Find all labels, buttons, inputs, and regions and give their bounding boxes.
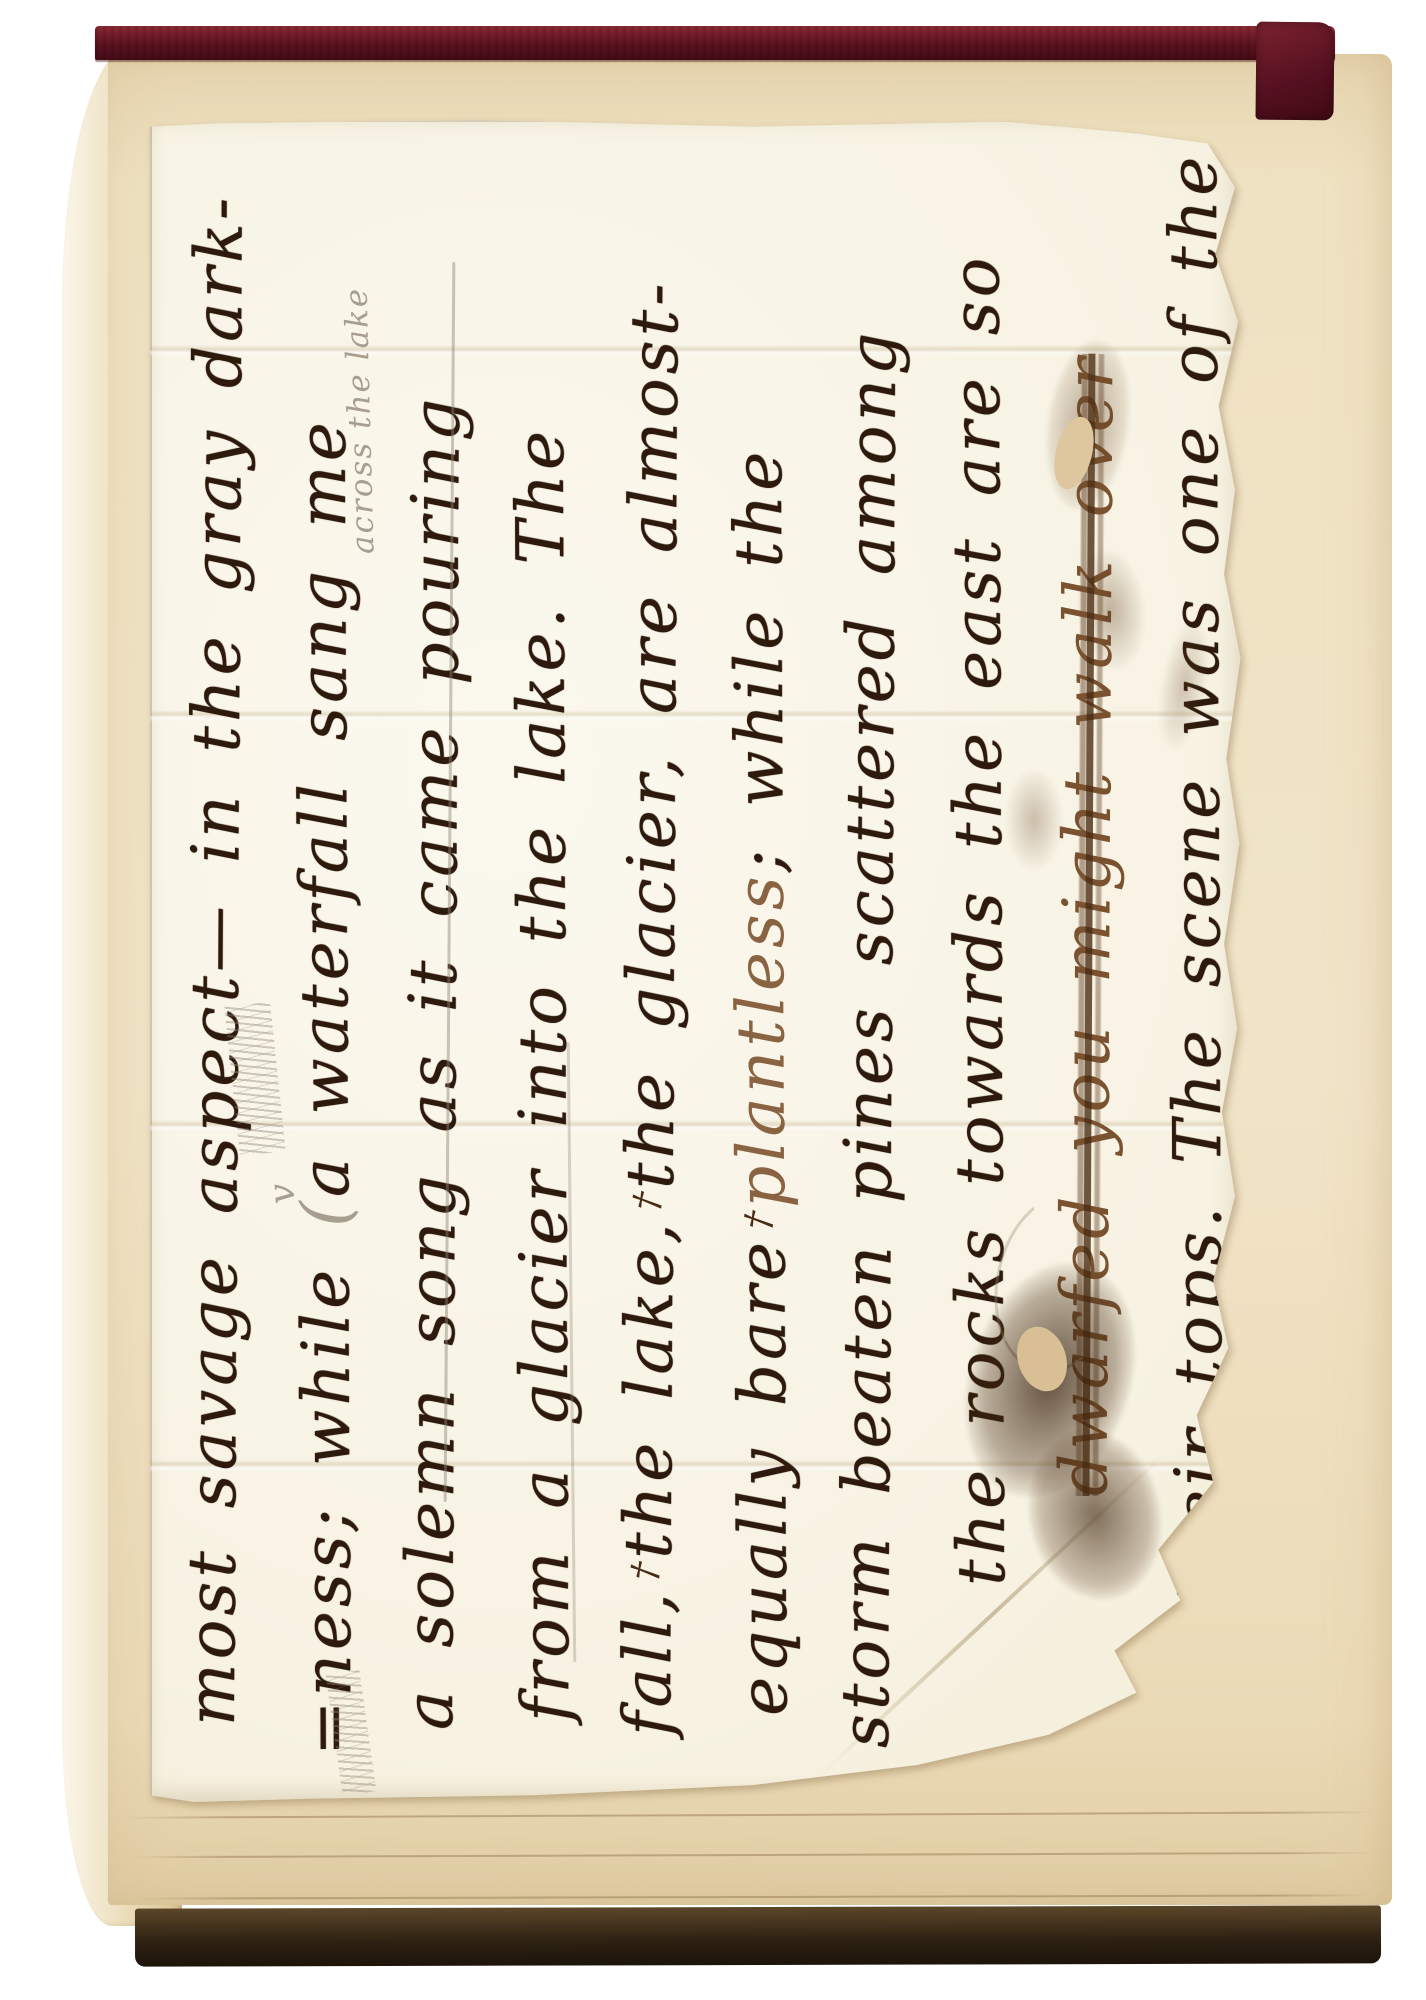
manuscript-text-segment: equally bare	[723, 1238, 802, 1716]
manuscript-line: the rocks towards the east are so	[920, 148, 1035, 1586]
manuscript-line: their tops. The scene was one of the the	[1138, 148, 1253, 1606]
photograph: most savage aspect— in the gray dark- =n…	[0, 0, 1426, 2000]
manuscript-text-segment: =ness; while	[287, 1227, 366, 1756]
manuscript-text-segment: the lake,	[610, 1219, 689, 1559]
manuscript-leaf: most savage aspect— in the gray dark- =n…	[150, 120, 1246, 1802]
manuscript-text-segment: fall,	[609, 1589, 687, 1736]
manuscript-text-segment: storm beaten pines scattered among	[827, 329, 911, 1749]
manuscript-text-block: most savage aspect— in the gray dark- =n…	[150, 120, 1246, 1802]
manuscript-text-segment: ; while the	[720, 448, 799, 873]
inserted-word: plantless	[722, 872, 800, 1208]
manuscript-text-segment: their tops. The scene was one of the	[1155, 114, 1239, 1607]
manuscript-text-segment: a solemn song as it came pouring	[391, 395, 475, 1731]
manuscript-text-segment: most savage aspect— in the gray dark-	[173, 194, 258, 1727]
manuscript-text-segment: the glacier, are almost-	[612, 279, 694, 1189]
book-bottom-shadow	[135, 1905, 1381, 1966]
manuscript-line: storm beaten pines scattered among	[810, 148, 927, 1749]
manuscript-text-segment: the rocks towards the east are so	[937, 254, 1020, 1587]
manuscript-line: a solemn song as it came pouring	[374, 148, 491, 1731]
book-cover-spine-top	[95, 26, 1335, 60]
manuscript-line: equally bare†plantless; while the	[702, 148, 818, 1716]
manuscript-line: from a glacier into the lake. The	[484, 148, 600, 1722]
book-cover-corner	[1255, 22, 1334, 121]
pencil-caret-mark: v	[261, 1182, 303, 1205]
manuscript-line: most savage aspect— in the gray dark-	[156, 148, 273, 1727]
manuscript-paper: most savage aspect— in the gray dark- =n…	[150, 120, 1246, 1802]
pencil-note-across-the-lake: across the lake	[339, 286, 382, 554]
manuscript-line: fall,†the lake,†the glacier, are almost-	[592, 148, 709, 1737]
